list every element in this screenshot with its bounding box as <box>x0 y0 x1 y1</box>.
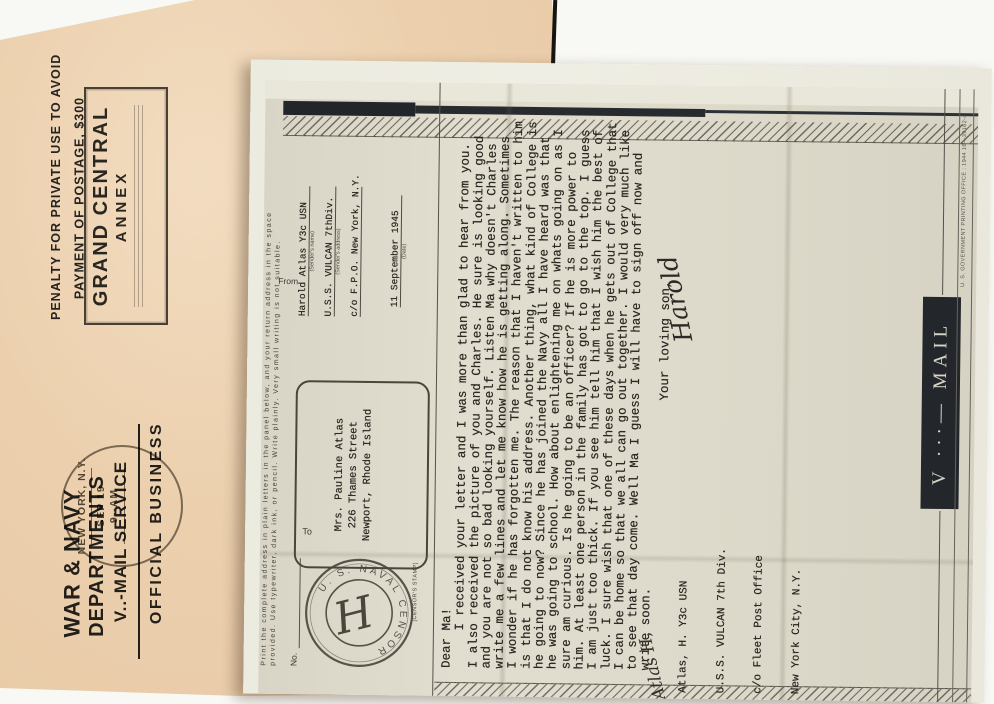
logo-rule-right <box>942 89 946 295</box>
postmark-city: NEW YORK, N.Y. <box>76 458 88 555</box>
date-field: 11 September 1945 (Date) <box>389 195 411 307</box>
cancellation-line-1: GRAND CENTRAL <box>90 106 113 306</box>
postmark-time: 9--AM <box>108 489 121 523</box>
sender-address-2: c/o F.P.O. New York, N.Y. <box>349 187 363 317</box>
printing-office-imprint: U. S. GOVERNMENT PRINTING OFFICE : 1944 … <box>958 114 968 444</box>
naval-censor-stamp: U. S. NAVAL CENSOR H <box>302 556 415 669</box>
vmail-letter-sheet: Print the complete address in plain lett… <box>243 59 992 702</box>
vmail-form: Print the complete address in plain lett… <box>258 81 978 703</box>
to-address-panel: To Mrs. Pauline Atlas 226 Thames Street … <box>294 380 430 570</box>
form-instructions: Print the complete address in plain lett… <box>260 106 284 666</box>
postmark-bar-top <box>91 468 92 544</box>
date-caption: (Date) <box>401 195 408 307</box>
return-address-line: New York City, N.Y. <box>790 549 804 694</box>
form-border-black-line <box>705 110 978 116</box>
postmark-stamp: NEW YORK, N.Y. SEP 19 9--AM <box>61 445 183 567</box>
return-address-block: Atlas, H. Y3c USN U.S.S. VULCAN 7th Div.… <box>652 547 829 694</box>
postmark-date: SEP 19 <box>95 485 108 526</box>
postmark-bar-bottom <box>124 468 125 544</box>
to-address: Mrs. Pauline Atlas 226 Thames Street New… <box>332 383 376 567</box>
to-address-line-3: Newport, Rhode Island <box>360 383 376 567</box>
sender-name-caption: (Sender's name) <box>309 186 317 316</box>
sender-address-field-1: U.S.S. VULCAN 7thDiv. (Sender's address) <box>323 186 346 316</box>
scanned-vmail-document: PENALTY FOR PRIVATE USE TO AVOID PAYMENT… <box>0 0 994 704</box>
censor-stamp-caption: [CENSOR'S STAMP] <box>412 562 419 621</box>
to-label: To <box>302 526 312 536</box>
header-divider-rule <box>432 83 441 698</box>
vmail-logo-text: V ···— MAIL <box>929 321 953 486</box>
penalty-line-1: PENALTY FOR PRIVATE USE TO AVOID <box>49 60 65 320</box>
cancellation-killer-bars <box>132 105 146 306</box>
sender-name-field: Harold Atlas Y3c USN (Sender's name) <box>297 186 320 316</box>
form-border-black-bar <box>283 101 415 117</box>
return-address-line: Atlas, H. Y3c USN <box>677 548 691 693</box>
sender-address-field-2: c/o F.P.O. New York, N.Y. <box>349 187 363 317</box>
logo-rule-left <box>937 511 940 703</box>
no-blank-line <box>299 558 301 648</box>
grand-central-annex-cancellation-stamp: GRAND CENTRAL ANNEX <box>84 87 168 325</box>
cancellation-line-2: ANNEX <box>113 170 130 243</box>
return-address-line: U.S.S. VULCAN 7th Div. <box>715 548 729 693</box>
return-address-line: c/o Fleet Post Office <box>752 548 766 693</box>
no-label: No. <box>288 653 298 666</box>
sender-address-caption: (Sender's address) <box>335 187 343 317</box>
message-body: Dear Ma! I received your letter and I wa… <box>440 90 660 671</box>
from-label: From <box>278 276 298 286</box>
